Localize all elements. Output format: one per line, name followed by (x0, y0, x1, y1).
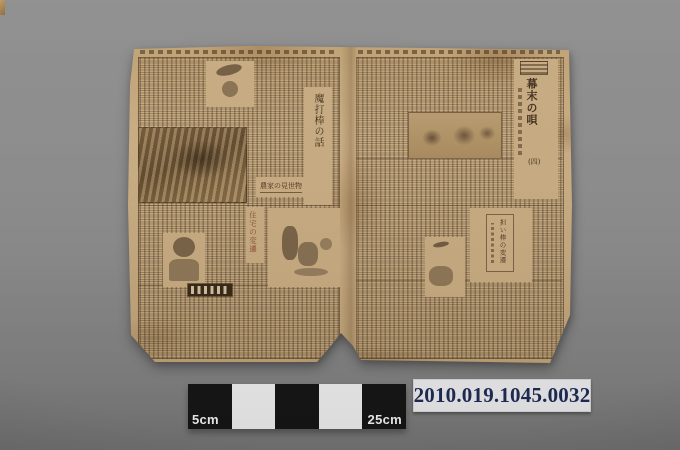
scale-segment-black (275, 384, 319, 429)
masthead-left (140, 50, 336, 54)
right-page-serial-headline: 幕末の唄 (526, 78, 537, 126)
plant-illustration (163, 233, 205, 287)
left-page-column-headline: 住宅の変遷 (249, 211, 257, 254)
serial-installment-number: (四) (528, 157, 540, 167)
masthead-right (358, 50, 560, 54)
bamboo-raft-photo (138, 127, 247, 203)
right-page-feature-box: 担い棒の変遷 (486, 214, 514, 272)
backdrop-edge-sliver (0, 0, 5, 15)
accession-number-text: 2010.019.1045.0032 (414, 383, 591, 408)
newspaper-paper: 魔打棒の話 農家の見世物 住宅の変遷 (128, 45, 572, 363)
left-page-feature-headline: 農家の見世物 (260, 181, 302, 193)
left-page-reversed-headline-box (188, 284, 232, 296)
umbrella-sketch-illustration (210, 63, 250, 105)
serial-tag-box (520, 61, 548, 75)
scale-segment-white (319, 384, 363, 429)
left-page-headline: 魔打棒の話 (312, 93, 322, 148)
scale-bar: 5cm 25cm (188, 384, 406, 429)
center-fold (341, 45, 359, 363)
scale-segment-white (232, 384, 276, 429)
figures-illustration (268, 208, 340, 287)
left-page-divider (138, 205, 338, 206)
accession-number-label: 2010.019.1045.0032 (413, 379, 591, 412)
ukiyoe-scene-photo (408, 112, 502, 159)
right-page-divider (356, 205, 562, 206)
right-page-feature-headline: 担い棒の変遷 (499, 219, 506, 264)
scale-right-label: 25cm (368, 412, 402, 427)
newspaper-sheet: 魔打棒の話 農家の見世物 住宅の変遷 (128, 45, 572, 363)
bird-sketch-illustration (425, 240, 462, 295)
serial-subtitle-column (518, 85, 522, 155)
scale-left-label: 5cm (192, 412, 219, 427)
archive-photograph: 魔打棒の話 農家の見世物 住宅の変遷 (0, 0, 680, 450)
